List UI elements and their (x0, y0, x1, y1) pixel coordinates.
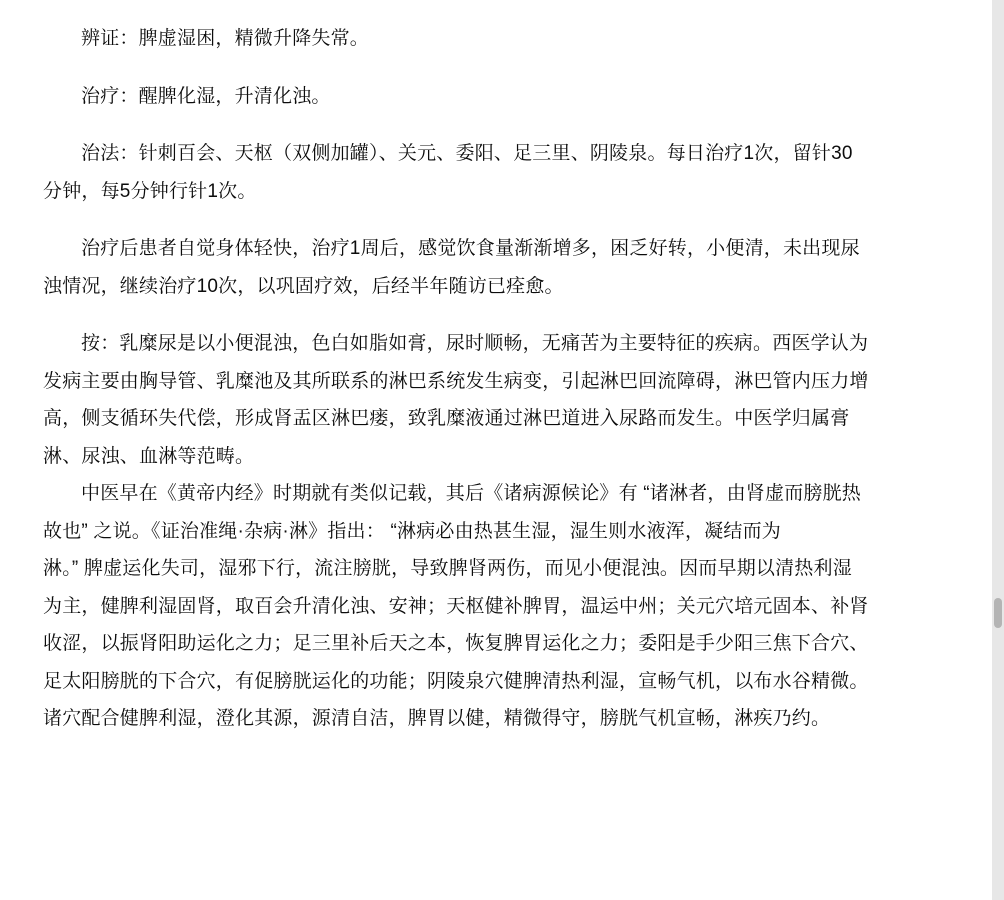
text-line: 浊情况，继续治疗10次，以巩固疗效，后经半年随访已痊愈。 (43, 268, 959, 306)
paragraph-outcome: 治疗后患者自觉身体轻快，治疗1周后，感觉饮食量渐渐增多，困乏好转，小便清，未出现… (43, 230, 959, 305)
text-line: 发病主要由胸导管、乳糜池及其所联系的淋巴系统发生病变，引起淋巴回流障碍，淋巴管内… (43, 363, 959, 401)
paragraph-zhiliao: 治疗：醒脾化湿，升清化浊。 (43, 78, 959, 116)
text-line: 治法：针刺百会、天枢（双侧加罐）、关元、委阳、足三里、阴陵泉。每日治疗1次，留针… (43, 135, 959, 173)
text-line: 诸穴配合健脾利湿，澄化其源，源清自洁，脾胃以健，精微得守，膀胱气机宣畅，淋疾乃约… (43, 700, 959, 738)
text-line: 为主，健脾利湿固肾，取百会升清化浊、安神；天枢健补脾胃，温运中州；关元穴培元固本… (43, 588, 959, 626)
document-page: 辨证：脾虚湿困，精微升降失常。治疗：醒脾化湿，升清化浊。治法：针刺百会、天枢（双… (0, 0, 1004, 900)
text-line: 淋、尿浊、血淋等范畴。 (43, 438, 959, 476)
text-line: 淋。” 脾虚运化失司，湿邪下行，流注膀胱，导致脾肾两伤，而见小便混浊。因而早期以… (43, 550, 959, 588)
scrollbar-thumb[interactable] (994, 598, 1002, 628)
text-line: 按：乳糜尿是以小便混浊，色白如脂如膏，尿时顺畅，无痛苦为主要特征的疾病。西医学认… (43, 325, 959, 363)
paragraph-zhifa: 治法：针刺百会、天枢（双侧加罐）、关元、委阳、足三里、阴陵泉。每日治疗1次，留针… (43, 135, 959, 210)
text-line: 治疗：醒脾化湿，升清化浊。 (43, 78, 959, 116)
vertical-scrollbar-track[interactable] (992, 0, 1004, 900)
paragraph-commentary-tcm: 中医早在《黄帝内经》时期就有类似记载，其后《诸病源候论》有 “诸淋者，由肾虚而膀… (43, 475, 959, 738)
document-content: 辨证：脾虚湿困，精微升降失常。治疗：醒脾化湿，升清化浊。治法：针刺百会、天枢（双… (43, 20, 959, 738)
text-line: 足太阳膀胱的下合穴，有促膀胱运化的功能；阴陵泉穴健脾清热利湿，宣畅气机，以布水谷… (43, 663, 959, 701)
text-line: 中医早在《黄帝内经》时期就有类似记载，其后《诸病源候论》有 “诸淋者，由肾虚而膀… (43, 475, 959, 513)
paragraph-commentary-western: 按：乳糜尿是以小便混浊，色白如脂如膏，尿时顺畅，无痛苦为主要特征的疾病。西医学认… (43, 325, 959, 475)
text-line: 收涩，以振肾阳助运化之力；足三里补后天之本，恢复脾胃运化之力；委阳是手少阳三焦下… (43, 625, 959, 663)
text-line: 分钟，每5分钟行针1次。 (43, 173, 959, 211)
text-line: 辨证：脾虚湿困，精微升降失常。 (43, 20, 959, 58)
paragraph-bianzheng: 辨证：脾虚湿困，精微升降失常。 (43, 20, 959, 58)
text-line: 治疗后患者自觉身体轻快，治疗1周后，感觉饮食量渐渐增多，困乏好转，小便清，未出现… (43, 230, 959, 268)
text-line: 故也” 之说。《证治准绳·杂病·淋》指出： “淋病必由热甚生湿，湿生则水液浑，凝… (43, 513, 959, 551)
text-line: 高，侧支循环失代偿，形成肾盂区淋巴瘘，致乳糜液通过淋巴道进入尿路而发生。中医学归… (43, 400, 959, 438)
